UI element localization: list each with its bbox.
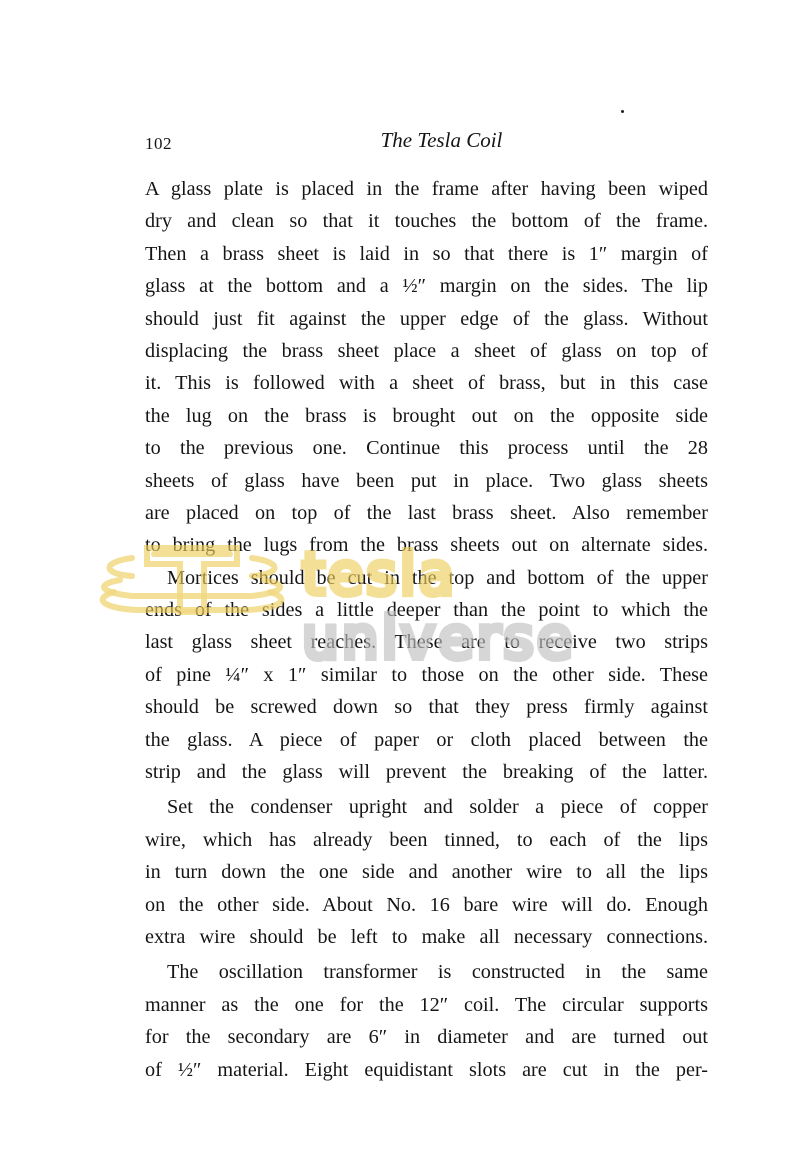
text-line: it. This is followed with a sheet of bra… [145, 367, 708, 399]
text-line: Set the condenser upright and solder a p… [145, 791, 708, 823]
body-text: A glass plate is placed in the frame aft… [145, 173, 708, 1086]
text-line: sheets of glass have been put in place. … [145, 465, 708, 497]
paragraph: Set the condenser upright and solder a p… [145, 791, 708, 953]
text-line: glass at the bottom and a ½″ margin on t… [145, 270, 708, 302]
text-line: are placed on top of the last brass shee… [145, 497, 708, 529]
text-line: the glass. A piece of paper or cloth pla… [145, 724, 708, 756]
running-head: 102 The Tesla Coil [145, 128, 708, 158]
running-title: The Tesla Coil [145, 128, 708, 153]
text-line: the lug on the brass is brought out on t… [145, 400, 708, 432]
text-line: dry and clean so that it touches the bot… [145, 205, 708, 237]
text-line: displacing the brass sheet place a sheet… [145, 335, 708, 367]
text-line: The oscillation transformer is construct… [145, 956, 708, 988]
text-line: extra wire should be left to make all ne… [145, 921, 708, 953]
text-line: Then a brass sheet is laid in so that th… [145, 238, 708, 270]
text-line: Mortices should be cut in the top and bo… [145, 562, 708, 594]
print-speck [621, 110, 624, 113]
text-line: wire, which has already been tinned, to … [145, 824, 708, 856]
text-line: should be screwed down so that they pres… [145, 691, 708, 723]
text-line: should just fit against the upper edge o… [145, 303, 708, 335]
paragraph: Mortices should be cut in the top and bo… [145, 562, 708, 789]
text-line: for the secondary are 6″ in diameter and… [145, 1021, 708, 1053]
paragraph: A glass plate is placed in the frame aft… [145, 173, 708, 562]
text-line: in turn down the one side and another wi… [145, 856, 708, 888]
text-line: A glass plate is placed in the frame aft… [145, 173, 708, 205]
text-line: last glass sheet reaches. These are to r… [145, 626, 708, 658]
text-line: of pine ¼″ x 1″ similar to those on the … [145, 659, 708, 691]
text-line: manner as the one for the 12″ coil. The … [145, 989, 708, 1021]
text-line: to the previous one. Continue this proce… [145, 432, 708, 464]
text-line: strip and the glass will prevent the bre… [145, 756, 708, 788]
text-line: ends of the sides a little deeper than t… [145, 594, 708, 626]
text-line: of ½″ material. Eight equidistant slots … [145, 1054, 708, 1086]
text-line: to bring the lugs from the brass sheets … [145, 529, 708, 561]
book-page: 102 The Tesla Coil A glass plate is plac… [0, 0, 800, 1156]
text-line: on the other side. About No. 16 bare wir… [145, 889, 708, 921]
paragraph: The oscillation transformer is construct… [145, 956, 708, 1086]
